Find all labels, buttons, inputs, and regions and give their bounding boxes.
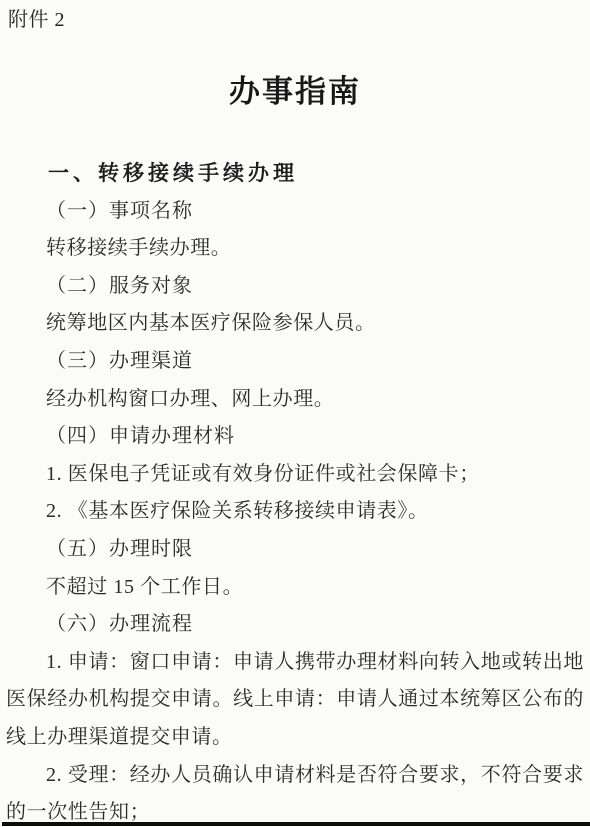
paragraph-process-step-2-accept: 2. 受理：经办人员确认申请材料是否符合要求，不符合要求的一次性告知； (6, 757, 584, 827)
attachment-label: 附件 2 (8, 8, 584, 32)
document-page: 附件 2 办事指南 一、转移接续手续办理 （一）事项名称 转移接续手续办理。 （… (0, 0, 590, 827)
paragraph-channels: 经办机构窗口办理、网上办理。 (6, 381, 584, 419)
subsection-heading-item-name: （一）事项名称 (6, 193, 584, 231)
paragraph-time-limit: 不超过 15 个工作日。 (6, 569, 584, 607)
paragraph-process-step-1-apply: 1. 申请：窗口申请：申请人携带办理材料向转入地或转出地医保经办机构提交申请。线… (6, 644, 584, 757)
subsection-heading-materials: （四）申请办理材料 (6, 418, 584, 456)
section-heading-transfer-procedure: 一、转移接续手续办理 (6, 155, 584, 193)
paragraph-service-target: 统筹地区内基本医疗保险参保人员。 (6, 305, 584, 343)
subsection-heading-channels: （三）办理渠道 (6, 343, 584, 381)
paragraph-material-1: 1. 医保电子凭证或有效身份证件或社会保障卡； (6, 456, 584, 494)
subsection-heading-time-limit: （五）办理时限 (6, 531, 584, 569)
subsection-heading-process: （六）办理流程 (6, 606, 584, 644)
document-body: 一、转移接续手续办理 （一）事项名称 转移接续手续办理。 （二）服务对象 统筹地… (6, 155, 584, 827)
paragraph-material-2: 2. 《基本医疗保险关系转移接续申请表》。 (6, 493, 584, 531)
document-title: 办事指南 (6, 74, 584, 110)
paragraph-item-name: 转移接续手续办理。 (6, 230, 584, 268)
subsection-heading-service-target: （二）服务对象 (6, 268, 584, 306)
page-edge-line (2, 822, 590, 826)
